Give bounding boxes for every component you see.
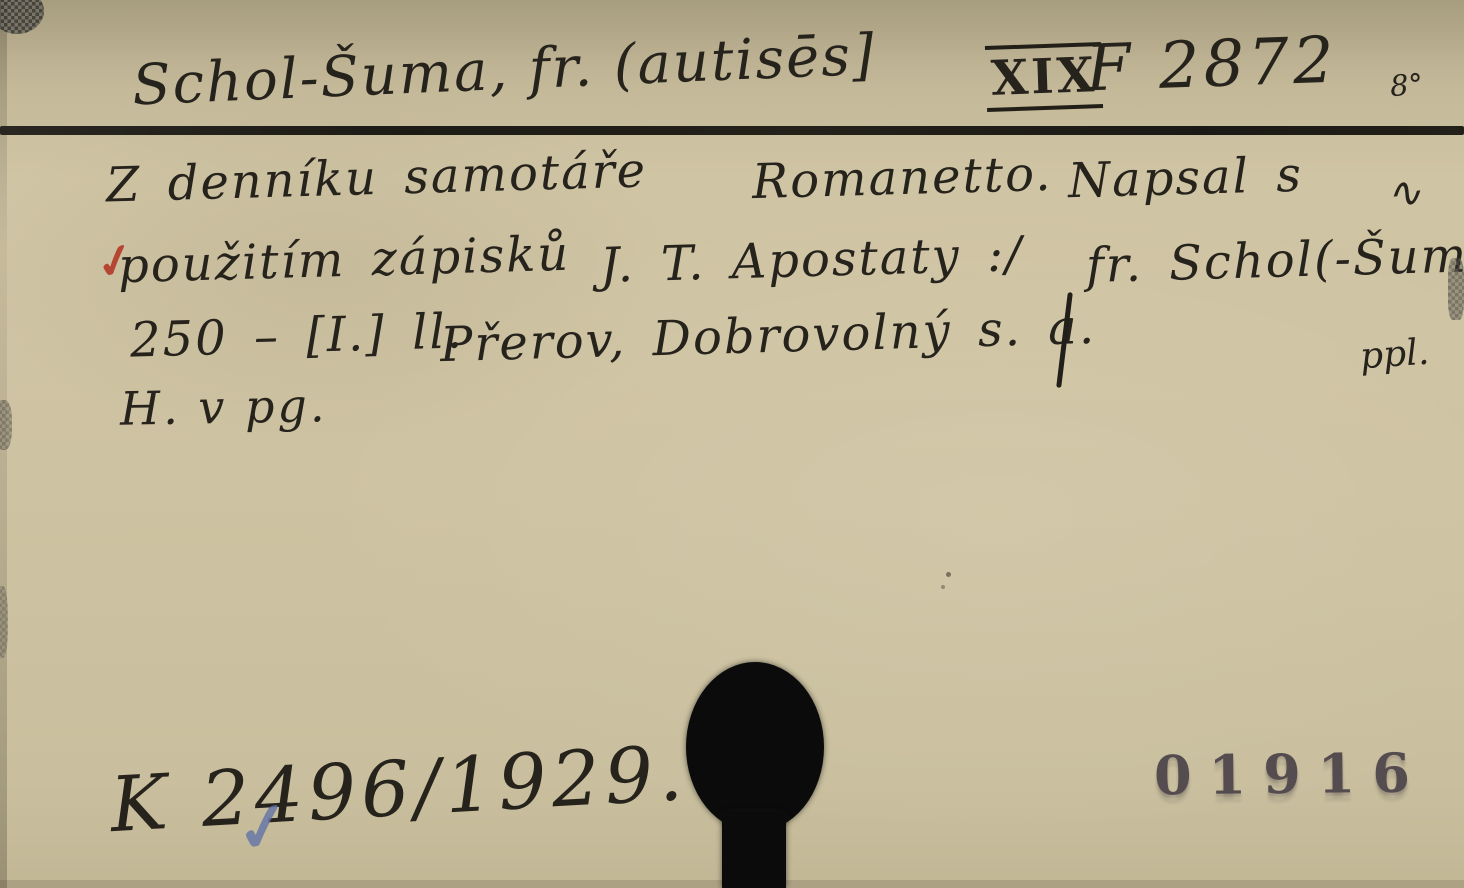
body-line1-flourish: ∿ — [1384, 166, 1424, 218]
punch-hole — [686, 662, 824, 832]
accession-number: K 2496/1929. — [108, 728, 690, 849]
paper-speck — [941, 585, 945, 589]
body-line3-seg1: 250 – [I.] ll. — [129, 303, 464, 368]
body-line2-seg3: fr. Schol(-Šuma) — [1085, 226, 1464, 294]
scan-artifact — [1448, 258, 1464, 320]
format-mark: 8° — [1389, 67, 1424, 103]
body-line2-seg1: použitím zápisků — [117, 226, 571, 295]
stamp-number: 01916 — [1154, 741, 1428, 808]
paper-speck — [946, 572, 951, 577]
body-line1-seg2: Romanetto. — [751, 146, 1053, 210]
scan-artifact — [0, 400, 12, 450]
body-line4: H. v pg. — [120, 378, 328, 436]
shelf-mark: F 2872 — [1085, 24, 1339, 107]
margin-note: ppl. — [1359, 332, 1431, 378]
body-line3-seg2: Přerov, Dobrovolný s. a. — [439, 299, 1096, 373]
body-line1-seg3: Napsal s — [1067, 147, 1303, 210]
header-rule — [0, 126, 1464, 135]
body-line1-seg1: Z denníku samotáře — [105, 142, 647, 213]
scan-artifact — [0, 586, 8, 658]
punch-hole-slot — [722, 812, 786, 888]
body-line2-seg2: J. T. Apostaty :/ — [599, 226, 1024, 294]
catalog-card: Schol-Šuma, fr. (autisēs] XIX F 2872 8° … — [0, 0, 1464, 888]
